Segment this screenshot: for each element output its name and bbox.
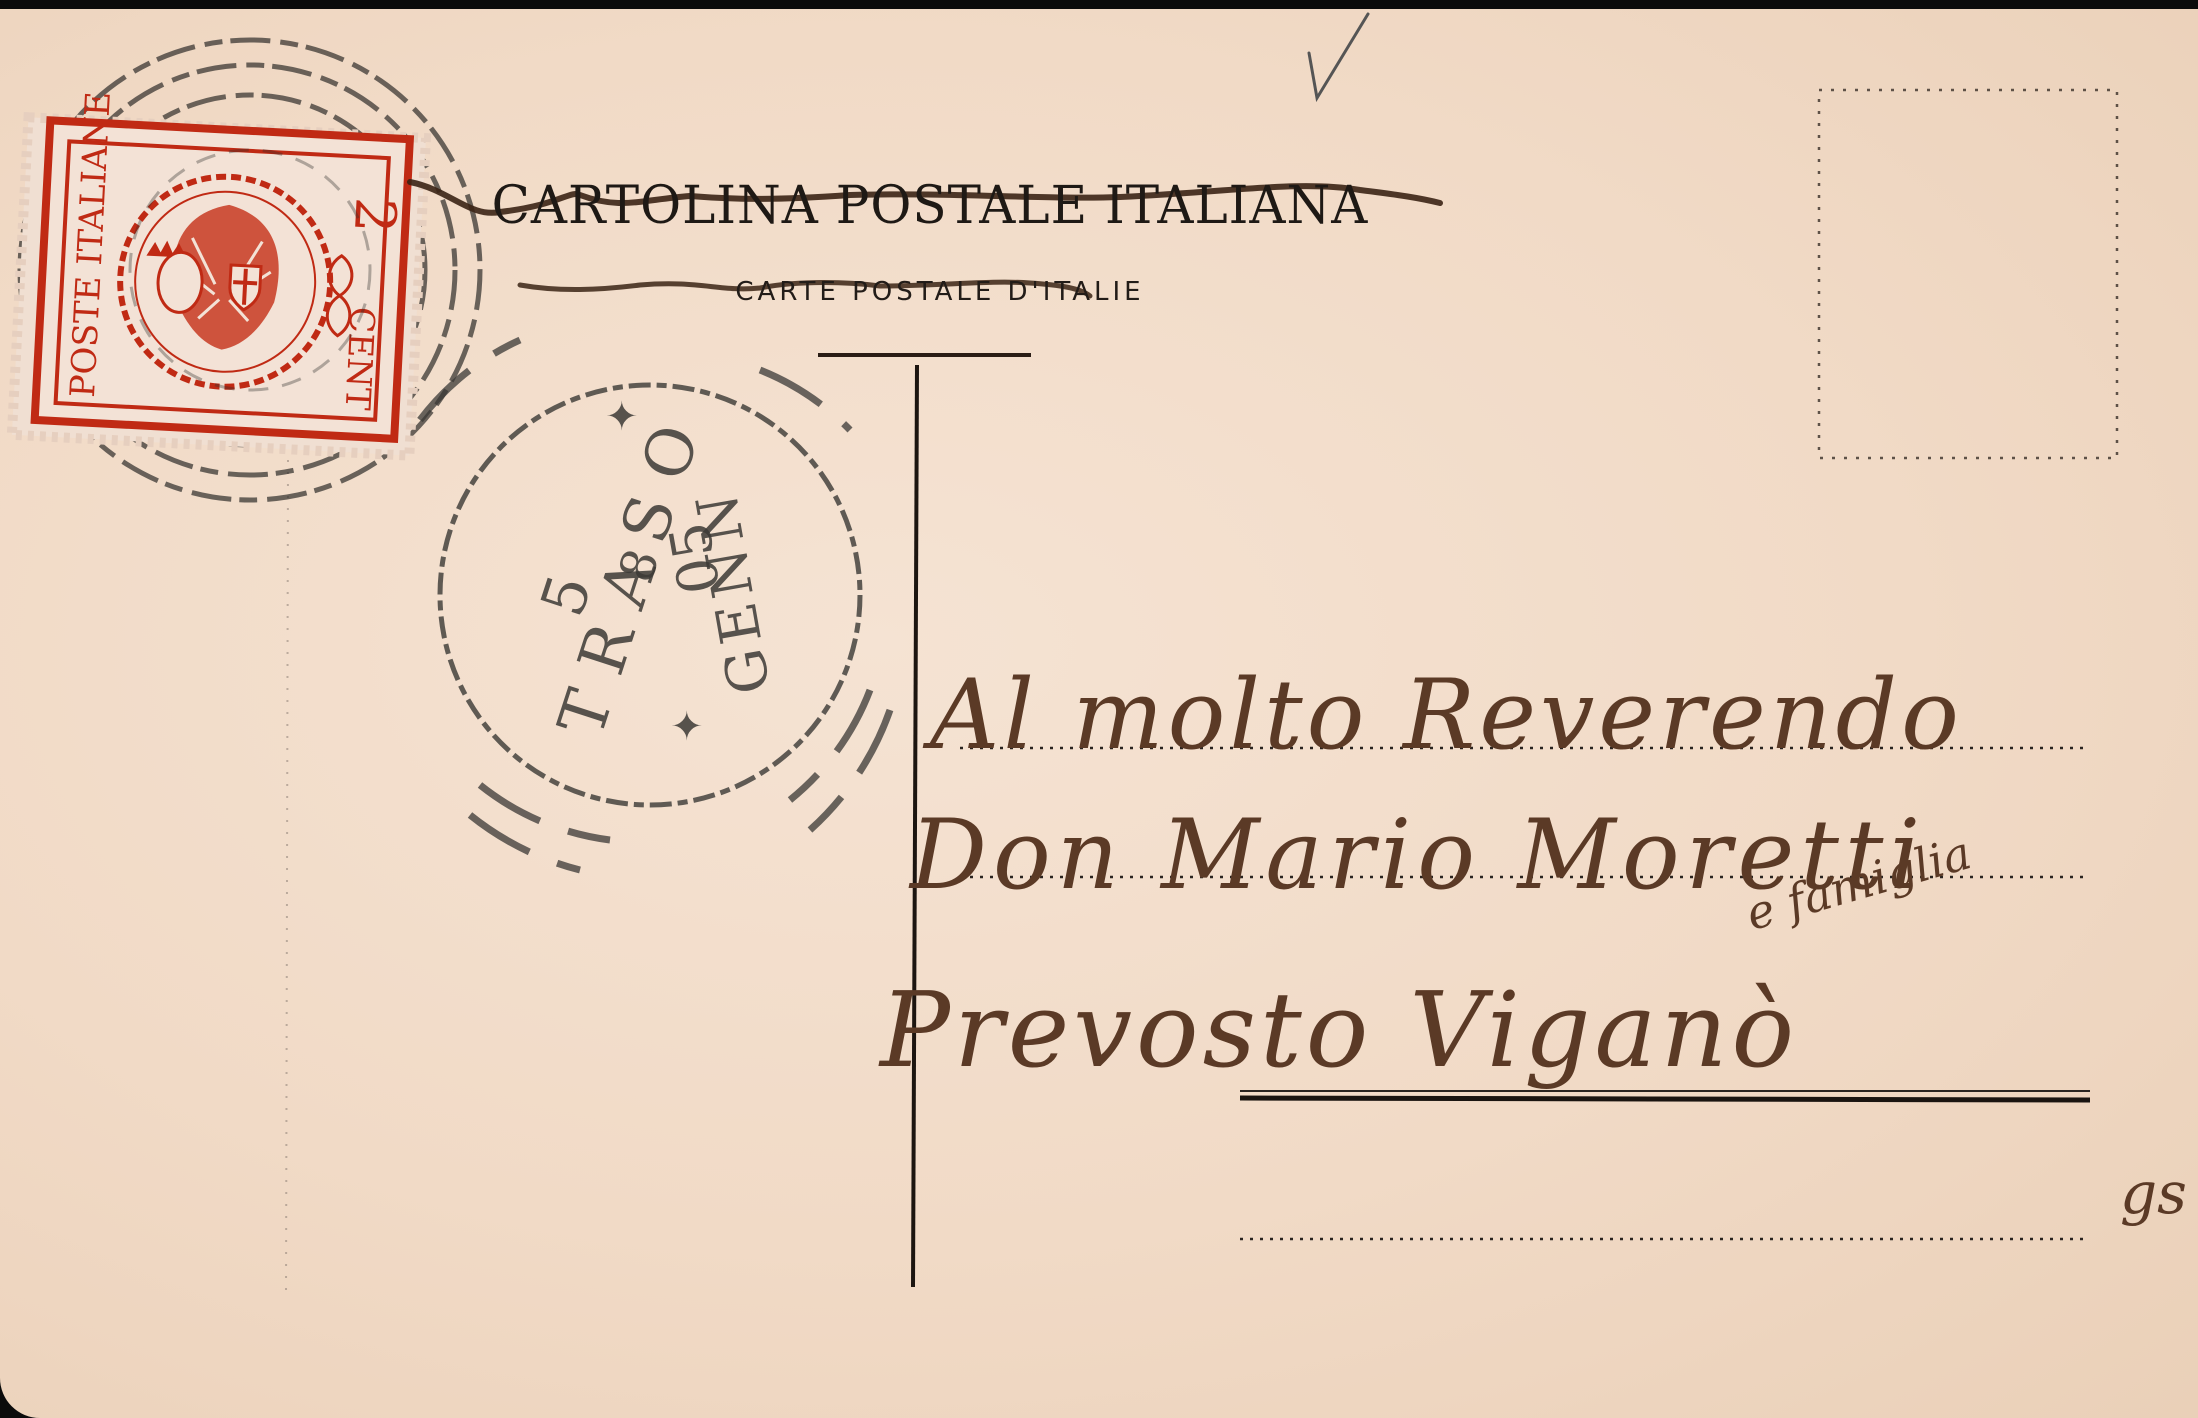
card-subheading: CARTE POSTALE D'ITALIE bbox=[630, 277, 1250, 307]
town-postmark: TRASO GENN 5 8 05 ✦ ✦ bbox=[420, 340, 890, 870]
stamp-value: 2 bbox=[341, 196, 408, 235]
address-line-1-text: Al molto Reverendo bbox=[930, 659, 1963, 771]
postage-stamp: POSTE ITALIANE CENT 2 bbox=[12, 88, 428, 456]
postmark-year: 05 bbox=[657, 517, 733, 598]
postcard: POSTE ITALIANE CENT 2 TRASO GENN 5 bbox=[0, 9, 2198, 1418]
address-trailing-mark: gs bbox=[2120, 1159, 2187, 1227]
address-line-3-text: Prevosto Viganò bbox=[880, 969, 1798, 1091]
left-dotted-guide bbox=[286, 460, 288, 1300]
postmark-star-bottom: ✦ bbox=[670, 704, 704, 750]
card-heading: CARTOLINA POSTALE ITALIANA bbox=[420, 175, 1440, 236]
stamp-box bbox=[1819, 90, 2117, 458]
check-mark-icon bbox=[1309, 14, 1368, 98]
address-line-3-underline-thick bbox=[1240, 1098, 2090, 1100]
postmark-star-top: ✦ bbox=[605, 394, 639, 440]
